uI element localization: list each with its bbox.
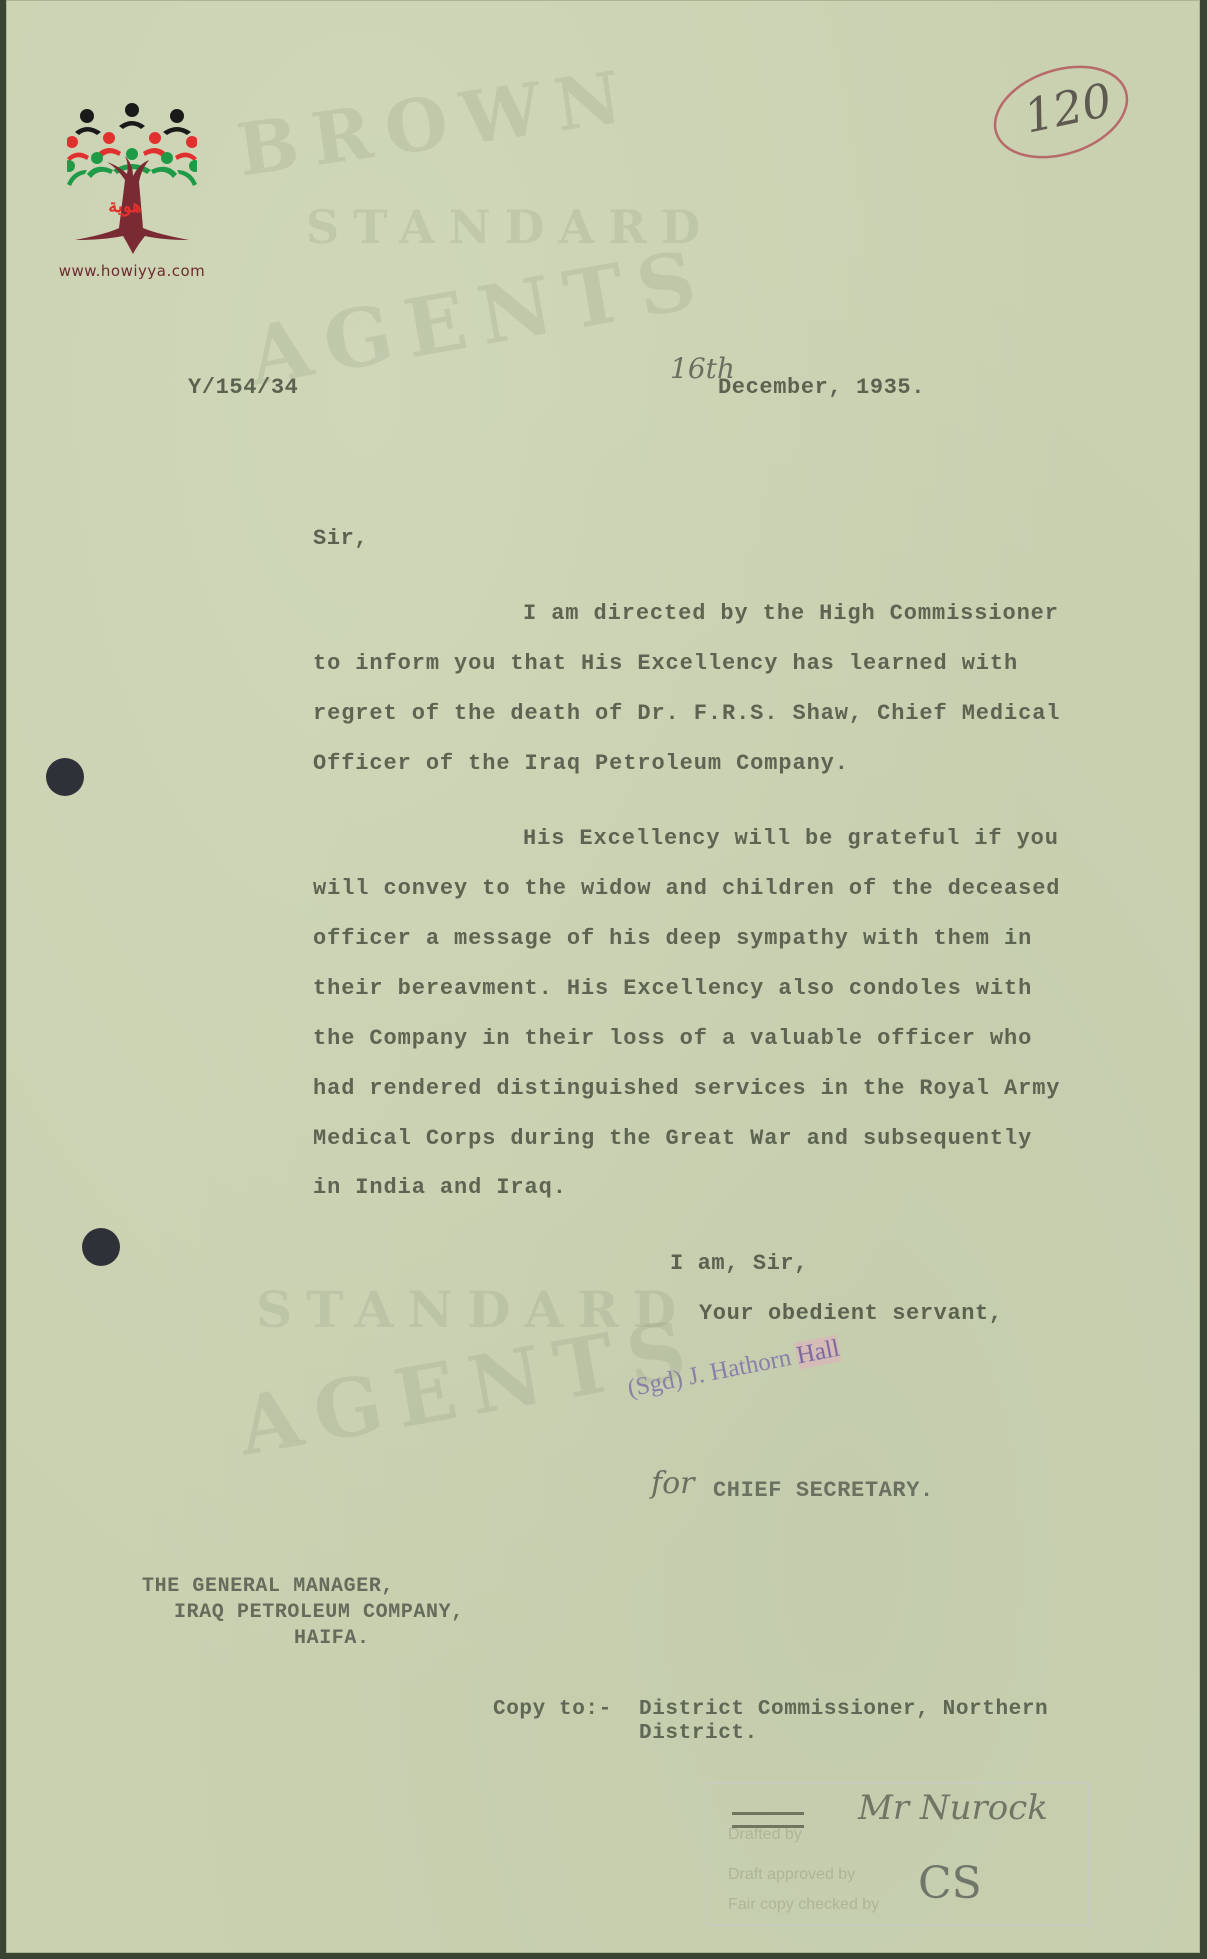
body-line: regret of the death of Dr. F.R.S. Shaw, … bbox=[313, 701, 1060, 726]
document-page: BROWN STANDARD AGENTS STANDARD AGENTS bbox=[6, 0, 1200, 1953]
signature-stamp: (Sgd) J. Hathorn Hall bbox=[625, 1335, 842, 1404]
watermark-text: STANDARD bbox=[256, 1280, 690, 1339]
addressee-line: THE GENERAL MANAGER, bbox=[142, 1575, 394, 1598]
tree-logo-icon: هوية bbox=[67, 100, 197, 260]
signature-stamp-highlight: Hall bbox=[794, 1335, 841, 1370]
signatory-for-handwritten: for bbox=[651, 1466, 695, 1501]
signatory-title: CHIEF SECRETARY. bbox=[713, 1478, 934, 1503]
addressee-line: HAIFA. bbox=[294, 1627, 370, 1650]
copy-to-line: District Commissioner, Northern bbox=[639, 1698, 1048, 1721]
body-line: the Company in their loss of a valuable … bbox=[313, 1026, 1032, 1051]
routing-label: Fair copy checked by bbox=[728, 1896, 879, 1914]
watermark-text: STANDARD bbox=[306, 200, 714, 254]
body-line: in India and Iraq. bbox=[313, 1175, 567, 1200]
body-line: I am directed by the High Commissioner bbox=[523, 601, 1059, 626]
routing-handwritten-initials: CS bbox=[918, 1858, 982, 1909]
svg-text:هوية: هوية bbox=[108, 196, 141, 217]
body-line: to inform you that His Excellency has le… bbox=[313, 651, 1018, 676]
addressee-line: IRAQ PETROLEUM COMPANY, bbox=[174, 1601, 464, 1624]
body-line: Officer of the Iraq Petroleum Company. bbox=[313, 751, 849, 776]
watermark-text: BROWN bbox=[232, 53, 640, 193]
signature-stamp-name: (Sgd) J. Hathorn bbox=[625, 1344, 793, 1402]
salutation: Sir, bbox=[313, 526, 368, 551]
routing-stamp-box: Drafted by Draft approved by Fair copy c… bbox=[706, 1782, 1090, 1926]
reference-number: Y/154/34 bbox=[188, 375, 298, 400]
punch-hole bbox=[46, 758, 84, 796]
logo-url: www.howiyya.com bbox=[42, 262, 222, 280]
watermark-text: AGENTS bbox=[241, 230, 716, 403]
body-line: had rendered distinguished services in t… bbox=[313, 1076, 1060, 1101]
body-line: officer a message of his deep sympathy w… bbox=[313, 926, 1032, 951]
body-line: His Excellency will be grateful if you bbox=[523, 826, 1059, 851]
punch-hole bbox=[82, 1228, 120, 1266]
date: December, 1935. bbox=[718, 375, 925, 400]
howiyya-logo: هوية www.howiyya.com bbox=[42, 100, 222, 280]
body-line: their bereavment. His Excellency also co… bbox=[313, 976, 1032, 1001]
copy-to-line: District. bbox=[639, 1722, 758, 1745]
routing-label: Drafted by bbox=[728, 1826, 802, 1844]
closing-line: I am, Sir, bbox=[670, 1251, 808, 1276]
copy-to-label: Copy to:- bbox=[493, 1698, 612, 1721]
routing-label: Draft approved by bbox=[728, 1866, 855, 1884]
folio-number-stamp: 120 bbox=[986, 55, 1136, 165]
routing-handwritten-name: Mr Nurock bbox=[858, 1788, 1048, 1828]
body-line: will convey to the widow and children of… bbox=[313, 876, 1060, 901]
closing-line: Your obedient servant, bbox=[699, 1301, 1003, 1326]
body-line: Medical Corps during the Great War and s… bbox=[313, 1126, 1032, 1151]
